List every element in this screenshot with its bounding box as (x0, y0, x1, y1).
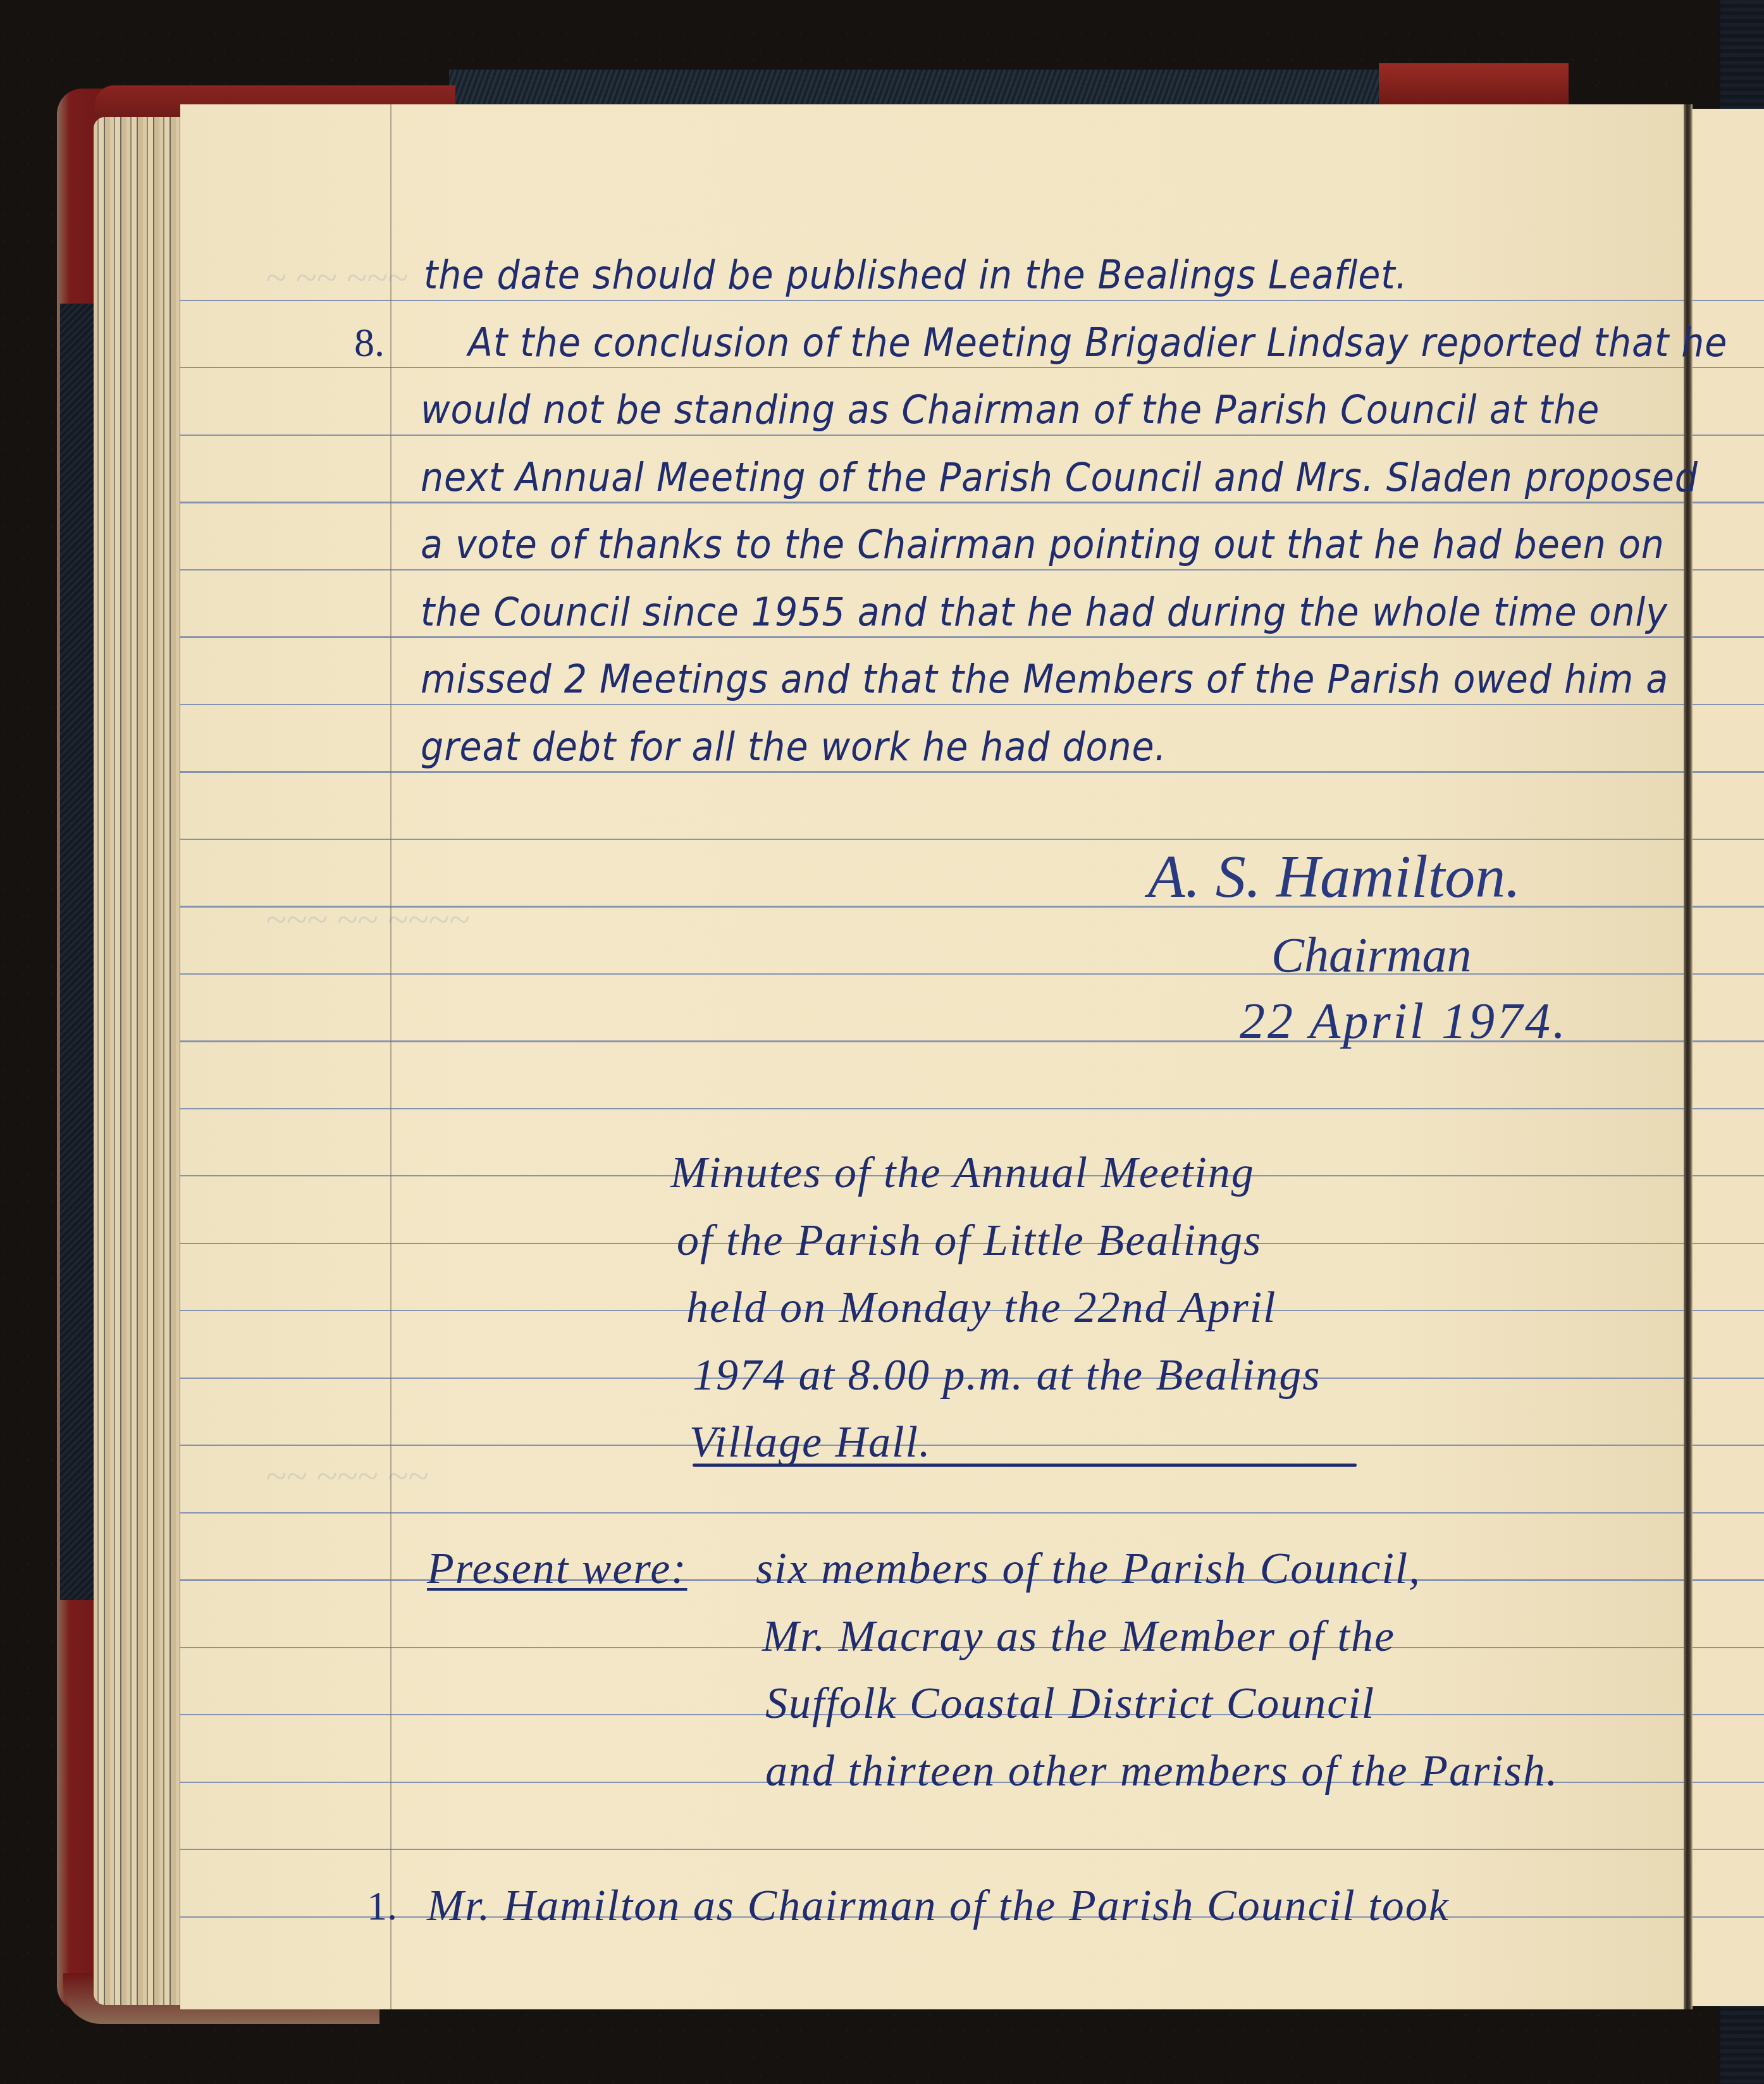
cover-red-corner-top-right (1379, 63, 1569, 105)
heading-line: 1974 at 8.00 p.m. at the Bealings (693, 1350, 1321, 1401)
heading-line: of the Parish of Little Bealings (677, 1216, 1262, 1266)
item-8-line: would not be standing as Chairman of the… (421, 385, 1600, 435)
bleed-through-text: ~ ~~ ~~~ (266, 256, 408, 300)
item-8-line: the Council since 1955 and that he had d… (421, 587, 1668, 638)
present-line: Mr. Macray as the Member of the (762, 1612, 1395, 1662)
heading-line-underlined: Village Hall. (689, 1417, 931, 1468)
page-stack-edges (94, 117, 182, 2005)
item-8-line: At the conclusion of the Meeting Brigadi… (468, 318, 1727, 368)
cover-cloth-left (60, 304, 98, 1600)
bleed-through-text: ~~~ ~~ ~~~~ (266, 898, 469, 942)
heading-line: Minutes of the Annual Meeting (670, 1148, 1255, 1199)
book-gutter (1684, 104, 1693, 2009)
item-8-line: missed 2 Meetings and that the Members o… (421, 654, 1668, 705)
present-line: six members of the Parish Council, (756, 1544, 1421, 1594)
item-number-8: 8. (354, 318, 385, 368)
cover-cloth-spine-top (449, 70, 1385, 105)
item-1-text: Mr. Hamilton as Chairman of the Parish C… (427, 1881, 1450, 1932)
item-8-line: a vote of thanks to the Chairman pointin… (421, 519, 1665, 570)
heading-line: held on Monday the 22nd April (686, 1283, 1277, 1333)
signature-date: 22 April 1974. (1240, 993, 1568, 1051)
present-line: and thirteen other members of the Parish… (765, 1746, 1558, 1797)
signature-title: Chairman (1271, 927, 1471, 983)
continuation-line: the date should be published in the Beal… (424, 250, 1408, 300)
margin-line (390, 104, 392, 2009)
bleed-through-text: ~~ ~~~ ~~ (266, 1455, 428, 1498)
item-number-1: 1. (367, 1881, 397, 1932)
present-line: Suffolk Coastal District Council (765, 1679, 1375, 1729)
item-8-line: great debt for all the work he had done. (421, 722, 1167, 772)
chairman-signature: A. S. Hamilton. (1148, 841, 1520, 911)
heading-underline (693, 1464, 1357, 1467)
present-label: Present were: (427, 1544, 688, 1594)
item-8-line: next Annual Meeting of the Parish Counci… (421, 452, 1698, 503)
